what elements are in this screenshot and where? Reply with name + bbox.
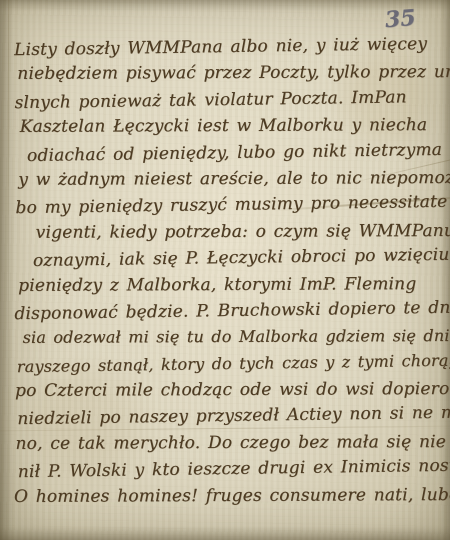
manuscript-text-block: Listy doszły WMMPana albo nie, y iuż wię… (4, 32, 448, 511)
manuscript-line: oznaymi, iak się P. Łęczycki obroci po w… (33, 242, 446, 275)
manuscript-line: vigenti, kiedy potrzeba: o czym się WMMP… (36, 218, 446, 246)
manuscript-line: odiachać od pieniędzy, lubo go nikt niet… (27, 136, 445, 169)
manuscript-line: bo my pieniędzy ruszyć musimy pro necess… (15, 189, 445, 222)
scan-edge-shadow-top (0, 0, 450, 12)
manuscript-line: pieniędzy z Malborka, ktorymi ImP. Flemi… (18, 271, 446, 299)
manuscript-line: niebędziem pisywać przez Poczty, tylko p… (17, 59, 444, 87)
folio-number: 35 (384, 5, 417, 34)
manuscript-line: niedzieli po naszey przyszedł Actiey non… (17, 400, 447, 433)
manuscript-line: nił P. Wolski y kto ieszcze drugi ex Ini… (18, 453, 448, 486)
manuscript-line: O homines homines! fruges consumere nati… (14, 482, 448, 510)
scan-edge-shadow-bottom (0, 526, 450, 540)
manuscript-line: Kasztelan Łęczycki iest w Malborku y nie… (20, 112, 445, 140)
manuscript-line: sia odezwał mi się tu do Malborka gdziem… (23, 323, 447, 351)
manuscript-page: 35 Listy doszły WMMPana albo nie, y iuż … (0, 0, 450, 540)
